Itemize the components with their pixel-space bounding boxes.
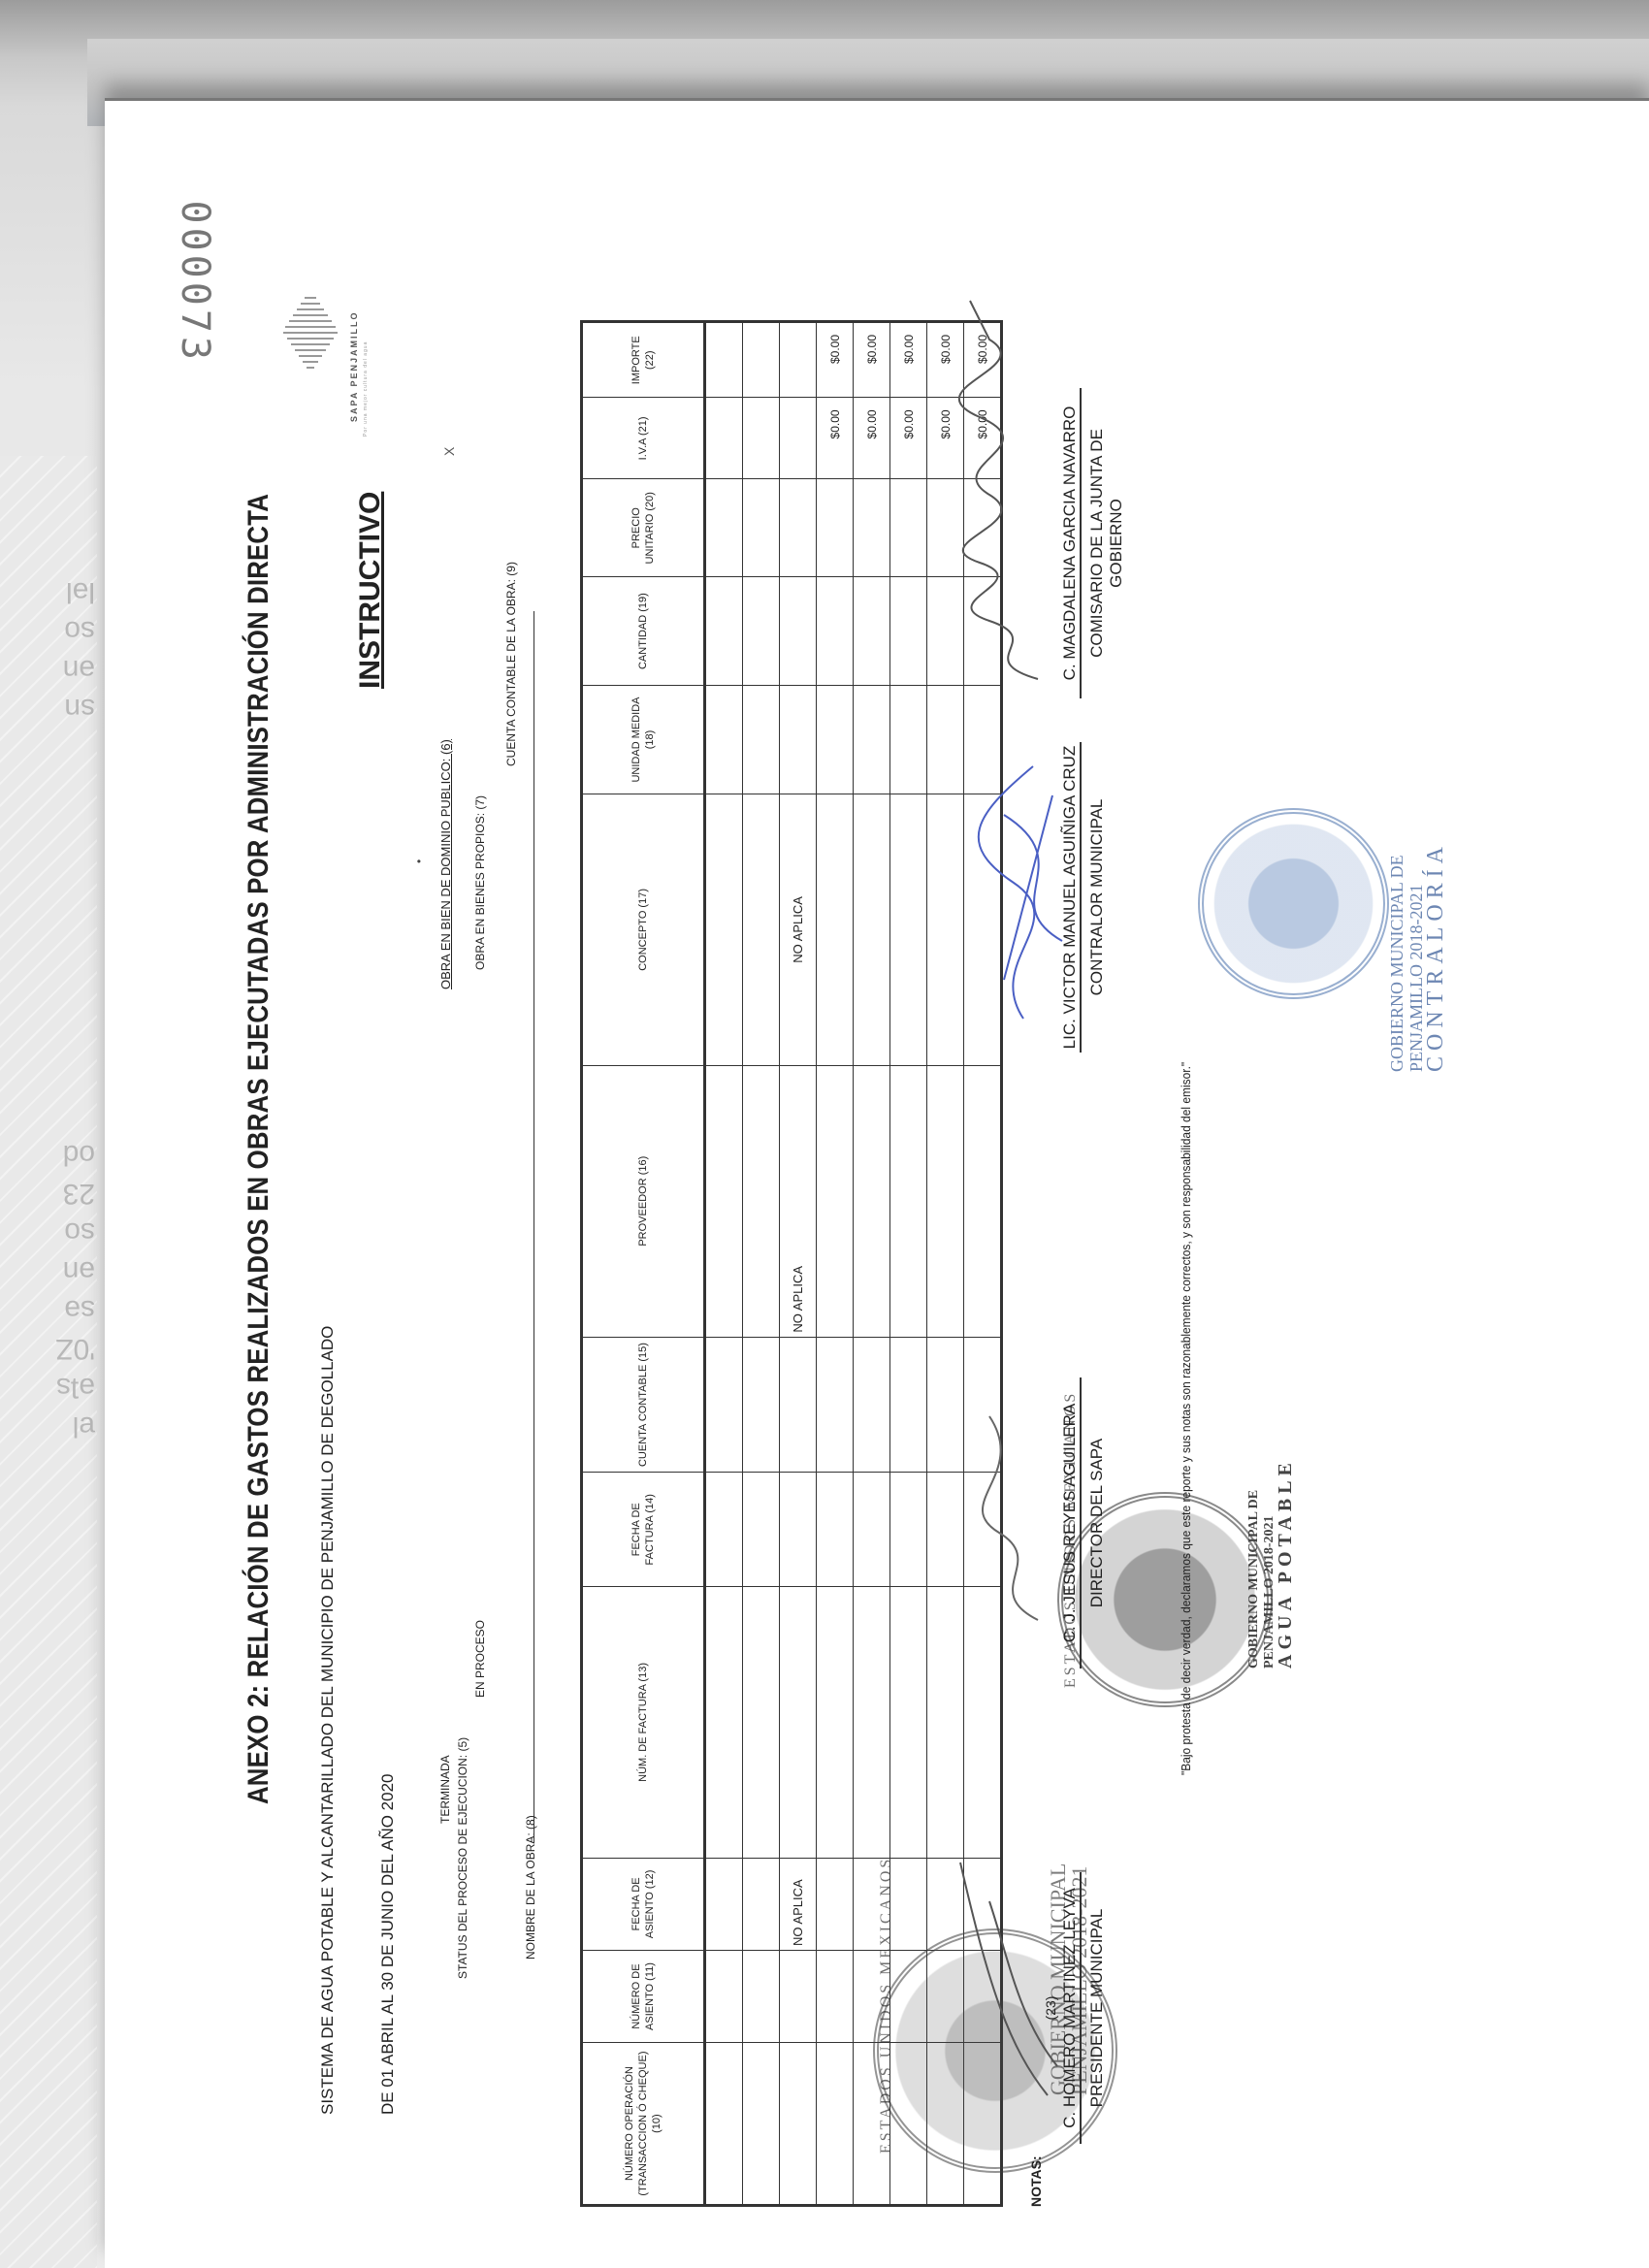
table-cell[interactable]: [817, 1858, 854, 1950]
table-cell[interactable]: [890, 479, 927, 577]
folio-number: 000073: [173, 201, 217, 365]
table-cell[interactable]: [964, 686, 1002, 794]
table-row: $0.00$0.00: [927, 322, 964, 2206]
table-cell[interactable]: $0.00: [964, 398, 1002, 479]
table-cell[interactable]: [964, 1065, 1002, 1337]
table-cell[interactable]: [854, 1587, 890, 1859]
table-cell[interactable]: [705, 1473, 743, 1587]
table-cell[interactable]: [743, 398, 780, 479]
signature-block-contralor: LIC. VICTOR MANUEL AGUIÑIGA CRUZ CONTRAL…: [1043, 742, 1107, 1053]
table-cell[interactable]: $0.00: [817, 322, 854, 398]
table-cell[interactable]: [743, 1858, 780, 1950]
logo-name: SAPA PENJAMILLO: [349, 310, 359, 422]
column-header: PRECIO UNITARIO (20): [582, 479, 705, 577]
sapa-logo-icon: [272, 276, 349, 393]
table-cell[interactable]: [743, 1950, 780, 2042]
table-cell[interactable]: [780, 322, 817, 398]
signatory-role: PRESIDENTE MUNICIPAL: [1087, 1872, 1107, 2144]
signature-block-director: C. J. JESUS REYES AGUILERA DIRECTOR DEL …: [1043, 1377, 1107, 1669]
cuenta-contable-label: CUENTA CONTABLE DE LA OBRA: (9): [504, 562, 518, 766]
bleed-through-text: snənsoləl: [50, 572, 95, 728]
table-cell[interactable]: [927, 794, 964, 1065]
signatory-role: COMISARIO DE LA JUNTA DE GOBIERNO: [1087, 388, 1126, 698]
table-cell[interactable]: [780, 1337, 817, 1473]
table-cell[interactable]: [854, 479, 890, 577]
table-cell[interactable]: [890, 577, 927, 686]
nombre-obra-label: NOMBRE DE LA OBRA: (8): [524, 1815, 537, 1960]
table-cell[interactable]: $0.00: [927, 398, 964, 479]
seal-text: ESTADOS UNIDOS MEXICANOS: [878, 1857, 895, 2154]
table-cell[interactable]: [817, 686, 854, 794]
column-header: PROVEEDOR (16): [582, 1065, 705, 1337]
table-cell[interactable]: [780, 2043, 817, 2206]
entity-name: SISTEMA DE AGUA POTABLE Y ALCANTARILLADO…: [318, 1326, 338, 2115]
table-cell[interactable]: [743, 2043, 780, 2206]
table-cell[interactable]: [705, 2043, 743, 2206]
table-cell[interactable]: [927, 479, 964, 577]
dominio-publico-label: OBRA EN BIEN DE DOMINIO PUBLICO: (6): [438, 739, 453, 989]
table-cell[interactable]: [705, 1858, 743, 1950]
column-header: CANTIDAD (19): [582, 577, 705, 686]
table-cell[interactable]: [705, 1337, 743, 1473]
signature-line: [1080, 388, 1082, 698]
bienes-propios-label: OBRA EN BIENES PROPIOS: (7): [473, 795, 487, 970]
instructivo-link[interactable]: INSTRUCTIVO: [354, 492, 387, 689]
table-cell[interactable]: [743, 1587, 780, 1859]
signatory-role: DIRECTOR DEL SAPA: [1087, 1377, 1107, 1669]
rotated-document: 000073 SAPA PENJAMILLO Por una mejor cul…: [97, 107, 1494, 2251]
table-cell[interactable]: $0.00: [854, 322, 890, 398]
table-cell[interactable]: [743, 322, 780, 398]
table-cell[interactable]: [854, 1473, 890, 1587]
table-cell[interactable]: [705, 577, 743, 686]
declaration-text: "Bajo protesta de decir verdad, declaram…: [1179, 1062, 1193, 1775]
table-cell[interactable]: [743, 577, 780, 686]
table-cell[interactable]: [927, 1065, 964, 1337]
table-cell[interactable]: [817, 1473, 854, 1587]
table-cell[interactable]: [927, 686, 964, 794]
table-cell[interactable]: $0.00: [890, 322, 927, 398]
table-cell[interactable]: [854, 1337, 890, 1473]
table-cell[interactable]: [890, 686, 927, 794]
column-header: UNIDAD MEDIDA (18): [582, 686, 705, 794]
signatory-name: C. J. JESUS REYES AGUILERA: [1060, 1377, 1080, 1669]
table-cell[interactable]: [854, 794, 890, 1065]
table-cell[interactable]: [964, 479, 1002, 577]
table-cell[interactable]: [890, 1337, 927, 1473]
column-header: NÚMERO DE ASIENTO (11): [582, 1950, 705, 2042]
table-row: [743, 322, 780, 2206]
table-cell[interactable]: [817, 1065, 854, 1337]
signature-line: [1080, 742, 1082, 1053]
nombre-obra-field[interactable]: [533, 611, 534, 1843]
table-row: $0.00$0.00: [964, 322, 1002, 2206]
signatory-name: C. HOMERO MARTINEZ LEYVA: [1060, 1872, 1080, 2144]
signature-line: [1080, 1872, 1082, 2144]
table-cell[interactable]: [705, 1065, 743, 1337]
table-cell[interactable]: [743, 479, 780, 577]
table-cell[interactable]: $0.00: [927, 322, 964, 398]
table-cell[interactable]: [927, 577, 964, 686]
table-cell[interactable]: [964, 794, 1002, 1065]
table-row: $0.00$0.00: [817, 322, 854, 2206]
table-cell[interactable]: [817, 1337, 854, 1473]
table-cell[interactable]: [964, 1473, 1002, 1587]
column-header: IMPORTE (22): [582, 322, 705, 398]
signatory-role: CONTRALOR MUNICIPAL: [1087, 742, 1107, 1053]
table-cell[interactable]: NO APLICA: [780, 1065, 817, 1337]
signatory-name: LIC. VICTOR MANUEL AGUIÑIGA CRUZ: [1060, 742, 1080, 1053]
table-cell[interactable]: [705, 322, 743, 398]
agua-potable-stamp-text: GOBIERNO MUNICIPAL DEPENJAMILLO 2018-202…: [1246, 1458, 1293, 1669]
table-cell[interactable]: [817, 2043, 854, 2206]
table-cell[interactable]: [780, 479, 817, 577]
table-row: [705, 322, 743, 2206]
status-option-terminada[interactable]: TERMINADA: [438, 1755, 452, 1824]
column-header: I.V.A (21): [582, 398, 705, 479]
table-cell[interactable]: [743, 1065, 780, 1337]
table-cell[interactable]: [890, 1065, 927, 1337]
table-cell[interactable]: [964, 1587, 1002, 1859]
table-cell[interactable]: $0.00: [817, 398, 854, 479]
table-row: $0.00$0.00: [890, 322, 927, 2206]
table-cell[interactable]: [890, 1858, 927, 1950]
table-body: NO APLICANO APLICANO APLICA$0.00$0.00$0.…: [705, 322, 1002, 2206]
column-header: FECHA DE ASIENTO (12): [582, 1858, 705, 1950]
table-cell[interactable]: [927, 1473, 964, 1587]
notes-label: NOTAS:: [1028, 2155, 1044, 2207]
table-cell[interactable]: [743, 794, 780, 1065]
signature-block-comisario: C. MAGDALENA GARCIA NAVARRO COMISARIO DE…: [1043, 388, 1126, 698]
table-cell[interactable]: NO APLICA: [780, 794, 817, 1065]
report-period: DE 01 ABRIL AL 30 DE JUNIO DEL AÑO 2020: [378, 1773, 398, 2115]
table-cell[interactable]: NO APLICA: [780, 1858, 817, 1950]
table-cell[interactable]: [927, 1587, 964, 1859]
table-cell[interactable]: [743, 686, 780, 794]
column-header: NÚM. DE FACTURA (13): [582, 1587, 705, 1859]
table-cell[interactable]: [780, 686, 817, 794]
table-cell[interactable]: [817, 1950, 854, 2042]
table-cell[interactable]: [705, 794, 743, 1065]
table-cell[interactable]: [817, 1587, 854, 1859]
table-cell[interactable]: $0.00: [890, 398, 927, 479]
table-cell[interactable]: [705, 479, 743, 577]
notes-marker: (23): [1043, 1872, 1058, 2144]
expenses-table: NÚMERO OPERACIÓN (TRANSACCION Ó CHEQUE) …: [580, 320, 1003, 2207]
table-cell[interactable]: [780, 577, 817, 686]
table-header-row: NÚMERO OPERACIÓN (TRANSACCION Ó CHEQUE) …: [582, 322, 705, 2206]
contraloria-stamp-text: GOBIERNO MUNICIPAL DEPENJAMILLO 2018-202…: [1387, 841, 1445, 1072]
contraloria-seal-stamp: [1198, 808, 1389, 999]
table-cell[interactable]: [854, 686, 890, 794]
dominio-publico-checkmark[interactable]: X: [441, 447, 457, 456]
logo-tagline: Por una mejor cultura del agua: [363, 341, 369, 437]
table-cell[interactable]: [780, 1587, 817, 1859]
table-cell[interactable]: $0.00: [964, 322, 1002, 398]
underlying-sheet: snənsoləl ɐlǝʇs'0Zsǝǝnso23od: [0, 456, 97, 2268]
table-cell[interactable]: [743, 1473, 780, 1587]
table-cell[interactable]: [854, 577, 890, 686]
signature-block-presidente: (23) C. HOMERO MARTINEZ LEYVA PRESIDENTE…: [1043, 1872, 1107, 2144]
status-label: STATUS DEL PROCESO DE EJECUCION: (5): [456, 1737, 469, 1979]
table-cell[interactable]: [705, 398, 743, 479]
table-cell[interactable]: $0.00: [854, 398, 890, 479]
table-cell[interactable]: [817, 577, 854, 686]
column-header: CONCEPTO (17): [582, 794, 705, 1065]
column-header: CUENTA CONTABLE (15): [582, 1337, 705, 1473]
table-cell[interactable]: [705, 686, 743, 794]
pencil-mark: •: [412, 859, 426, 863]
table-cell[interactable]: [890, 1473, 927, 1587]
table-cell[interactable]: [743, 1337, 780, 1473]
signatory-name: C. MAGDALENA GARCIA NAVARRO: [1060, 388, 1080, 698]
table-cell[interactable]: [705, 1950, 743, 2042]
table-cell[interactable]: [780, 1950, 817, 2042]
table-cell[interactable]: [705, 1587, 743, 1859]
page-title: ANEXO 2: RELACIÓN DE GASTOS REALIZADOS E…: [242, 494, 275, 1804]
table-cell[interactable]: [817, 794, 854, 1065]
table-cell[interactable]: [817, 479, 854, 577]
column-header: NÚMERO OPERACIÓN (TRANSACCION Ó CHEQUE) …: [582, 2043, 705, 2206]
table-cell[interactable]: [890, 1587, 927, 1859]
status-option-en-proceso[interactable]: EN PROCESO: [473, 1620, 487, 1698]
signature-line: [1080, 1377, 1082, 1669]
table-cell[interactable]: [854, 1065, 890, 1337]
table-cell[interactable]: [890, 794, 927, 1065]
bleed-through-text: ɐlǝʇs'0Zsǝǝnso23od: [50, 1135, 95, 1445]
column-header: FECHA DE FACTURA (14): [582, 1473, 705, 1587]
table-row: NO APLICANO APLICANO APLICA: [780, 322, 817, 2206]
table-cell[interactable]: [964, 1337, 1002, 1473]
table-cell[interactable]: [927, 1337, 964, 1473]
table-cell[interactable]: [780, 1473, 817, 1587]
table-cell[interactable]: [964, 577, 1002, 686]
table-cell[interactable]: [780, 398, 817, 479]
